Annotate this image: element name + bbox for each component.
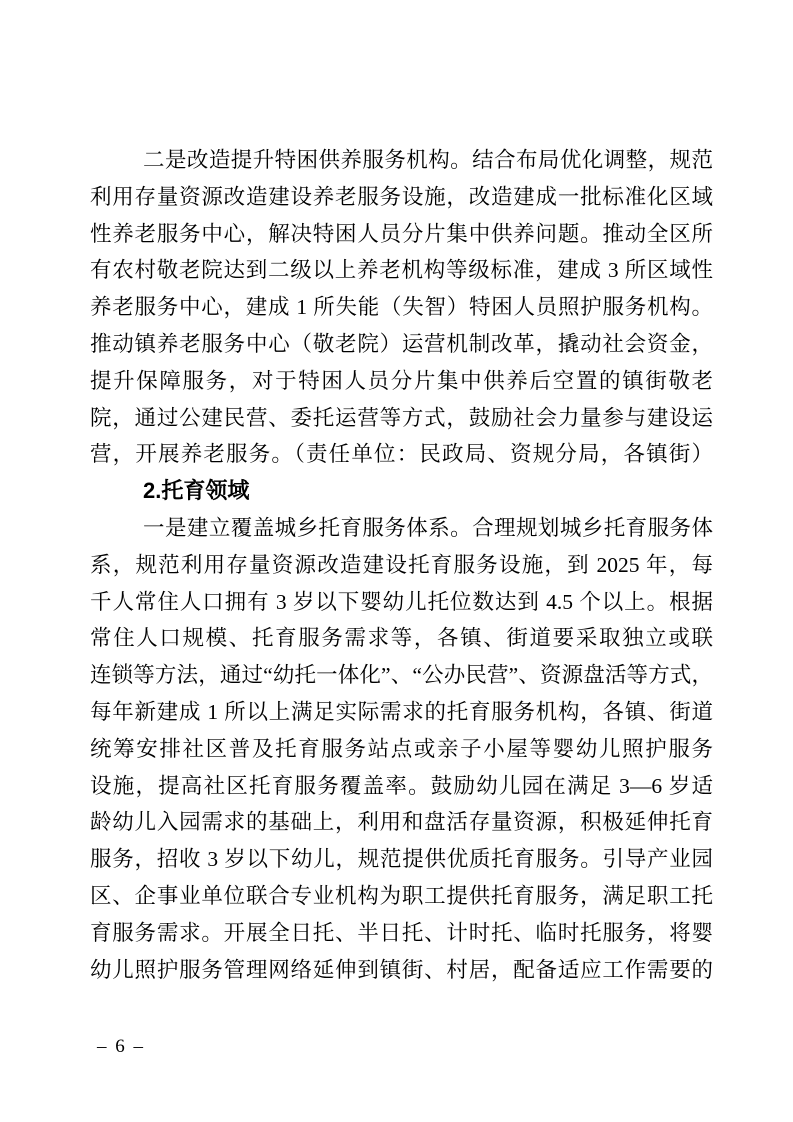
body-line: 服务，招收 3 岁以下幼儿，规范提供优质托育服务。引导产业园	[90, 841, 713, 878]
body-line: 龄幼儿入园需求的基础上，利用和盘活存量资源，积极延伸托育	[90, 804, 713, 841]
body-line: 统筹安排社区普及托育服务站点或亲子小屋等婴幼儿照护服务	[90, 731, 713, 768]
body-line: 每年新建成 1 所以上满足实际需求的托育服务机构，各镇、街道	[90, 694, 713, 731]
body-line: 提升保障服务，对于特困人员分片集中供养后空置的镇街敬老	[90, 363, 713, 400]
body-line: 推动镇养老服务中心（敬老院）运营机制改革，撬动社会资金，	[90, 326, 713, 363]
page-number: – 6 –	[97, 1036, 145, 1058]
body-line: 区、企事业单位联合专业机构为职工提供托育服务，满足职工托	[90, 878, 713, 915]
body-line: 二是改造提升特困供养服务机构。结合布局优化调整，规范	[90, 142, 713, 179]
section-heading: 2.托育领域	[90, 473, 713, 510]
body-line: 育服务需求。开展全日托、半日托、计时托、临时托服务，将婴	[90, 915, 713, 952]
body-line: 设施，提高社区托育服务覆盖率。鼓励幼儿园在满足 3—6 岁适	[90, 768, 713, 805]
document-body: 二是改造提升特困供养服务机构。结合布局优化调整，规范 利用存量资源改造建设养老服…	[90, 142, 713, 988]
body-line: 系，规范利用存量资源改造建设托育服务设施，到 2025 年，每	[90, 547, 713, 584]
body-line: 营，开展养老服务。（责任单位：民政局、资规分局，各镇街）	[90, 436, 713, 473]
body-line: 院，通过公建民营、委托运营等方式，鼓励社会力量参与建设运	[90, 400, 713, 437]
body-line: 幼儿照护服务管理网络延伸到镇街、村居，配备适应工作需要的	[90, 952, 713, 989]
body-line: 千人常住人口拥有 3 岁以下婴幼儿托位数达到 4.5 个以上。根据	[90, 584, 713, 621]
body-line: 有农村敬老院达到二级以上养老机构等级标准，建成 3 所区域性	[90, 252, 713, 289]
document-page: 二是改造提升特困供养服务机构。结合布局优化调整，规范 利用存量资源改造建设养老服…	[0, 0, 793, 1122]
body-line: 利用存量资源改造建设养老服务设施，改造建成一批标准化区域	[90, 179, 713, 216]
body-line: 一是建立覆盖城乡托育服务体系。合理规划城乡托育服务体	[90, 510, 713, 547]
body-line: 性养老服务中心，解决特困人员分片集中供养问题。推动全区所	[90, 216, 713, 253]
body-line: 常住人口规模、托育服务需求等，各镇、街道要采取独立或联合、	[90, 620, 713, 657]
body-line: 养老服务中心，建成 1 所失能（失智）特困人员照护服务机构。	[90, 289, 713, 326]
body-line: 连锁等方法，通过“幼托一体化”、“公办民营”、资源盘活等方式，	[90, 657, 713, 694]
